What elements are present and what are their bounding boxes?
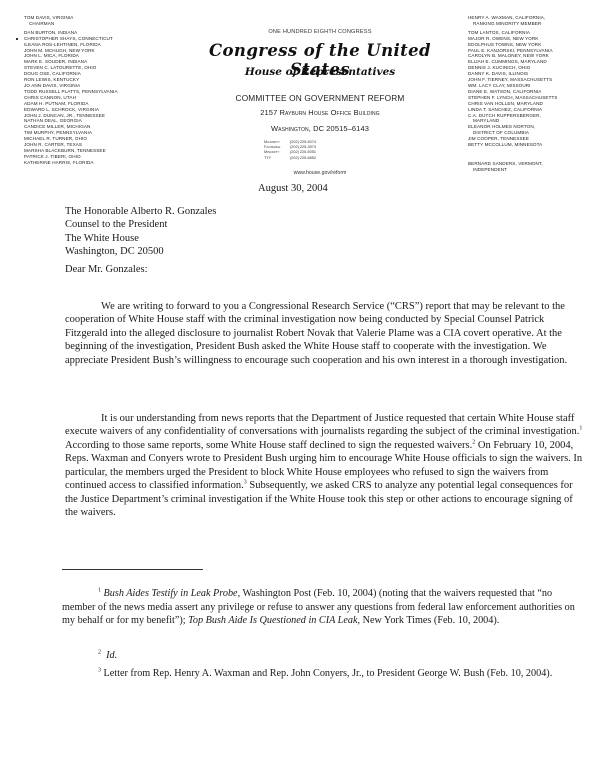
scan-mark (16, 38, 18, 40)
paragraph-segment: According to those same reports, some Wh… (65, 440, 472, 451)
majority-member: KATHERINE HARRIS, FLORIDA (24, 160, 204, 166)
recipient-address: The Honorable Alberto R. Gonzales Counse… (65, 205, 585, 258)
recipient-line: Washington, DC 20500 (65, 245, 585, 258)
footnote-number: 1 (98, 588, 101, 594)
footnote-citation-title: Id. (106, 650, 117, 661)
footnote-ref-1[interactable]: 1 (579, 426, 582, 432)
majority-member-entries: DAN BURTON, INDIANACHRISTOPHER SHAYS, CO… (24, 30, 204, 166)
paragraph-text: It is our understanding from news report… (65, 412, 585, 520)
house-title: House of Representatives (200, 66, 440, 78)
footnote-text: 1 Bush Aides Testify in Leak Probe, Wash… (62, 587, 582, 628)
footnote-citation-text: Letter from Rep. Henry A. Waxman and Rep… (101, 668, 552, 679)
phone-label: TTY (264, 156, 290, 161)
footnote-separator (62, 569, 203, 570)
paragraph-text: We are writing to forward to you a Congr… (65, 300, 585, 367)
footnote-2: 2 Id. (62, 649, 582, 663)
phone-number: (202) 225-6852 (290, 156, 316, 161)
salutation: Dear Mr. Gonzales: (65, 263, 585, 276)
paragraph-segment: It is our understanding from news report… (65, 413, 579, 437)
committee-address: 2157 Rayburn House Office Building (200, 108, 440, 117)
recipient-line: The White House (65, 232, 585, 245)
recipient-line: Counsel to the President (65, 218, 585, 231)
footnote-text: 2 Id. (62, 649, 582, 663)
committee-name: COMMITTEE ON GOVERNMENT REFORM (200, 93, 440, 103)
congress-number: ONE HUNDRED EIGHTH CONGRESS (200, 29, 440, 35)
minority-members-list: HENRY A. WAXMAN, CALIFORNIA, RANKING MIN… (468, 15, 598, 173)
phone-list: Majority (202) 225-5074 Facsimile (202) … (264, 140, 316, 161)
footnote-3: 3 Letter from Rep. Henry A. Waxman and R… (62, 667, 582, 681)
committee-city: Washington, DC 20515–6143 (200, 124, 440, 133)
independent-member-title: INDEPENDENT (468, 167, 598, 173)
footnote-citation-title: Bush Aides Testify in Leak Probe, (104, 588, 241, 599)
footnote-1: 1 Bush Aides Testify in Leak Probe, Wash… (62, 587, 582, 628)
majority-members-list: TOM DAVIS, VIRGINIA CHAIRMAN DAN BURTON,… (24, 15, 204, 166)
footnote-number: 2 (98, 650, 101, 656)
footnote-text: 3 Letter from Rep. Henry A. Waxman and R… (62, 667, 582, 681)
footnote-citation-title: Top Bush Aide Is Questioned in CIA Leak, (188, 615, 360, 626)
body-paragraph-2: It is our understanding from news report… (65, 412, 585, 520)
recipient-line: The Honorable Alberto R. Gonzales (65, 205, 585, 218)
footnote-citation-text: New York Times (Feb. 10, 2004). (360, 615, 499, 626)
phone-row: TTY (202) 225-6852 (264, 156, 316, 161)
letter-date: August 30, 2004 (258, 183, 328, 194)
website-link[interactable]: www.house.gov/reform (200, 170, 440, 176)
minority-member-entries: TOM LANTOS, CALIFORNIAMAJOR R. OWENS, NE… (468, 30, 598, 148)
body-paragraph-1: We are writing to forward to you a Congr… (65, 300, 585, 367)
